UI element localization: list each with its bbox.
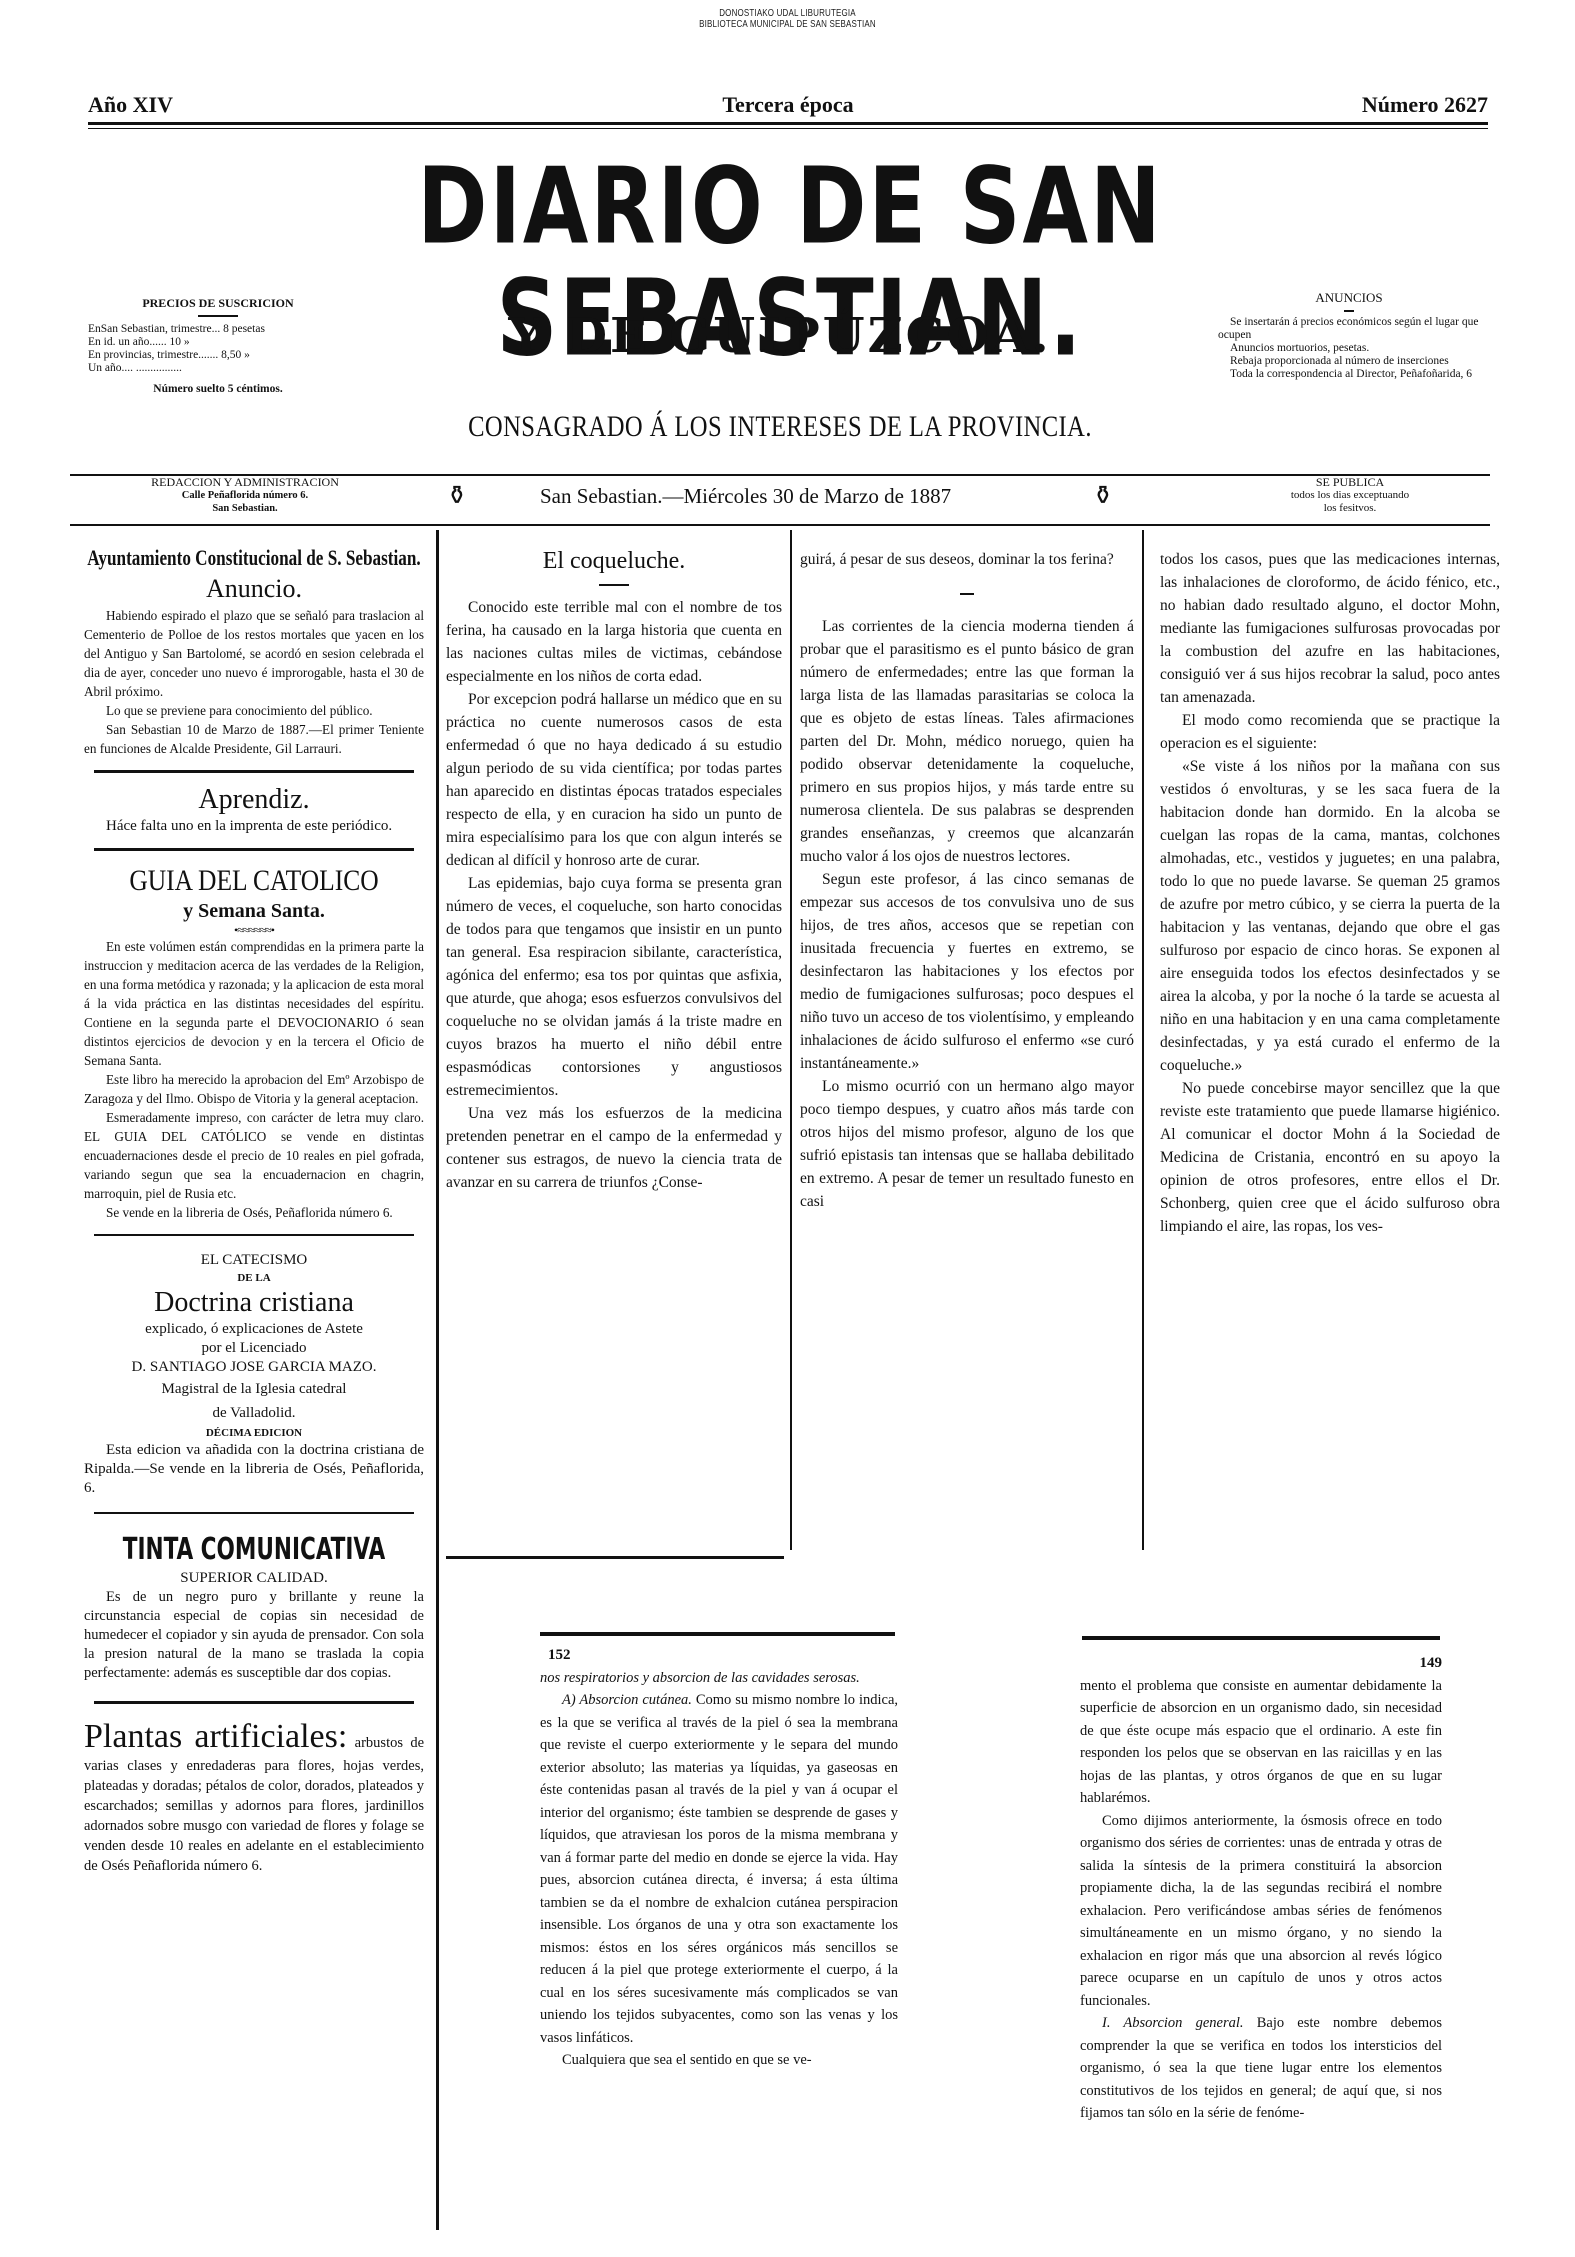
subscription-box: PRECIOS DE SUSCRICION EnSan Sebastian, t… bbox=[88, 296, 348, 396]
plantas-text: arbustos de varias clases y enredaderas … bbox=[84, 1735, 424, 1874]
ads-line: Anuncios mortuorios, pesetas. bbox=[1218, 342, 1480, 355]
divider bbox=[94, 848, 414, 851]
article-paragraph: El modo como recomienda que se practique… bbox=[1160, 709, 1500, 755]
divider bbox=[198, 315, 238, 317]
divider bbox=[599, 584, 629, 586]
plantas-heading: Plantas artificiales: bbox=[84, 1718, 347, 1755]
folletin-paragraph: I. Absorcion general. Bajo este nombre d… bbox=[1080, 2012, 1442, 2125]
office-title: REDACCION Y ADMINISTRACION bbox=[100, 476, 390, 489]
divider bbox=[94, 770, 414, 773]
catecismo-line: DE LA bbox=[84, 1270, 424, 1286]
folletin-page-number: 149 bbox=[1080, 1652, 1442, 1675]
issue-info-bar: Año XIV Tercera época Número 2627 bbox=[88, 92, 1488, 118]
anuncio-heading: Anuncio. bbox=[84, 572, 424, 606]
ads-line: Se insertarán á precios económicos según… bbox=[1218, 316, 1480, 342]
divider bbox=[94, 1512, 414, 1514]
publish-line1: todos los dias exceptuando bbox=[1220, 489, 1480, 502]
article-column-1: El coqueluche. Conocido este terrible ma… bbox=[446, 544, 782, 1194]
masthead-subtitle: Y DE GUIPÚZCOA. bbox=[380, 308, 1180, 364]
ornament-divider-icon: •≈≈≈≈≈≈• bbox=[84, 923, 424, 937]
article-paragraph: Una vez más los esfuerzos de la medicina… bbox=[446, 1102, 782, 1194]
subscription-heading: PRECIOS DE SUSCRICION bbox=[88, 296, 348, 311]
article-paragraph: guirá, á pesar de sus deseos, dominar la… bbox=[800, 548, 1134, 571]
tinta-subheading: SUPERIOR CALIDAD. bbox=[84, 1568, 424, 1588]
ornament-left-icon: ⚱ bbox=[446, 478, 468, 514]
aprendiz-heading: Aprendiz. bbox=[84, 783, 424, 817]
aprendiz-text: Háce falta uno en la imprenta de este pe… bbox=[84, 817, 424, 836]
folletin-rule bbox=[1082, 1636, 1440, 1640]
plantas-ad: Plantas artificiales: arbustos de varias… bbox=[84, 1718, 424, 1876]
office-city: San Sebastian. bbox=[100, 502, 390, 515]
folletin-section-label: I. Absorcion general. bbox=[1102, 2015, 1244, 2031]
article-paragraph: Las corrientes de la ciencia moderna tie… bbox=[800, 615, 1134, 868]
library-stamp-line1: DONOSTIAKO UDAL LIBURUTEGIA bbox=[158, 8, 1418, 19]
masthead-motto: CONSAGRADO Á LOS INTERESES DE LA PROVINC… bbox=[452, 410, 1108, 444]
publication-info: SE PUBLICA todos los dias exceptuando lo… bbox=[1220, 476, 1480, 515]
publish-title: SE PUBLICA bbox=[1220, 476, 1480, 489]
office-street: Calle Peñaflorida número 6. bbox=[100, 489, 390, 502]
folletin-rule bbox=[540, 1632, 895, 1636]
folletin-page-number: 152 bbox=[548, 1644, 898, 1667]
publish-line2: los fesitvos. bbox=[1220, 502, 1480, 515]
catecismo-line: Magistral de la Iglesia catedral bbox=[84, 1377, 424, 1401]
column-rule bbox=[436, 530, 439, 2230]
ayuntamiento-heading: Ayuntamiento Constitucional de S. Sebast… bbox=[84, 544, 424, 572]
column-rule bbox=[790, 530, 792, 1550]
article-end-rule bbox=[446, 1556, 784, 1559]
ornament-right-icon: ⚱ bbox=[1092, 478, 1114, 514]
office-info: REDACCION Y ADMINISTRACION Calle Peñaflo… bbox=[100, 476, 390, 515]
catecismo-text: Esta edicion va añadida con la doctrina … bbox=[84, 1441, 424, 1498]
guia-heading: GUIA DEL CATOLICO bbox=[110, 863, 399, 899]
article-paragraph: Las epidemias, bajo cuya forma se presen… bbox=[446, 872, 782, 1102]
article-paragraph: Conocido este terrible mal con el nombre… bbox=[446, 596, 782, 688]
top-rule-thin bbox=[88, 128, 1488, 129]
library-stamp: DONOSTIAKO UDAL LIBURUTEGIA BIBLIOTECA M… bbox=[158, 8, 1418, 30]
folletin-paragraph: Cualquiera que sea el sentido en que se … bbox=[540, 2049, 898, 2072]
ads-heading: ANUNCIOS bbox=[1218, 290, 1480, 306]
subscription-line: En provincias, trimestre....... 8,50 » bbox=[88, 349, 348, 362]
doctrina-heading: Doctrina cristiana bbox=[84, 1286, 424, 1320]
catecismo-edition: DÉCIMA EDICION bbox=[84, 1425, 424, 1441]
subscription-line: Un año.... ................ bbox=[88, 362, 348, 375]
folletin-paragraph: A) Absorcion cutánea. Como su mismo nomb… bbox=[540, 1689, 898, 2049]
dateline-rule-bottom bbox=[70, 524, 1490, 526]
divider bbox=[1344, 310, 1354, 312]
article-title: El coqueluche. bbox=[446, 544, 782, 578]
ads-box: ANUNCIOS Se insertarán á precios económi… bbox=[1218, 290, 1480, 381]
ayuntamiento-paragraph: Habiendo espirado el plazo que se señaló… bbox=[84, 606, 424, 701]
article-paragraph: Por excepcion podrá hallarse un médico q… bbox=[446, 688, 782, 872]
article-column-3: todos los casos, pues que las medicacion… bbox=[1160, 548, 1500, 1238]
ayuntamiento-paragraph: Lo que se previene para conocimiento del… bbox=[84, 701, 424, 720]
tinta-text: Es de un negro puro y brillante y reune … bbox=[84, 1588, 424, 1683]
guia-paragraph: Se vende en la libreria de Osés, Peñaflo… bbox=[84, 1203, 424, 1222]
subscription-line: EnSan Sebastian, trimestre... 8 pesetas bbox=[88, 323, 348, 336]
library-stamp-line2: BIBLIOTECA MUNICIPAL DE SAN SEBASTIAN bbox=[158, 19, 1418, 30]
guia-paragraph: Esmeradamente impreso, con carácter de l… bbox=[84, 1108, 424, 1203]
article-paragraph: Segun este profesor, á las cinco semanas… bbox=[800, 868, 1134, 1075]
catecismo-line: por el Licenciado bbox=[84, 1339, 424, 1358]
guia-subheading: y Semana Santa. bbox=[84, 899, 424, 923]
divider bbox=[94, 1234, 414, 1236]
catecismo-line: de Valladolid. bbox=[84, 1401, 424, 1425]
dateline-date: San Sebastian.—Miércoles 30 de Marzo de … bbox=[540, 484, 951, 509]
article-column-2: guirá, á pesar de sus deseos, dominar la… bbox=[800, 548, 1134, 1213]
top-rule bbox=[88, 122, 1488, 125]
folletin-left-page: 152 nos respiratorios y absorcion de las… bbox=[540, 1644, 898, 2072]
column-rule bbox=[1142, 530, 1144, 1550]
folletin-text: Como su mismo nombre lo indica, es la qu… bbox=[540, 1692, 898, 2046]
folletin-paragraph: Como dijimos anteriormente, la ósmosis o… bbox=[1080, 1810, 1442, 2013]
ayuntamiento-paragraph: San Sebastian 10 de Marzo de 1887.—El pr… bbox=[84, 720, 424, 758]
folletin-right-page: 149 mento el problema que consiste en au… bbox=[1080, 1652, 1442, 2125]
folletin-paragraph: nos respiratorios y absorcion de las cav… bbox=[540, 1667, 898, 1690]
folletin-paragraph: mento el problema que consiste en aument… bbox=[1080, 1675, 1442, 1810]
divider bbox=[960, 593, 974, 595]
catecismo-line: EL CATECISMO bbox=[84, 1250, 424, 1270]
divider bbox=[94, 1701, 414, 1704]
subscription-line: En id. un año...... 10 » bbox=[88, 336, 348, 349]
article-paragraph: No puede concebirse mayor sencillez que … bbox=[1160, 1077, 1500, 1238]
left-ads-column: Ayuntamiento Constitucional de S. Sebast… bbox=[84, 544, 424, 1876]
guia-paragraph: En este volúmen están comprendidas en la… bbox=[84, 937, 424, 1070]
catecismo-author: D. SANTIAGO JOSE GARCIA MAZO. bbox=[84, 1358, 424, 1377]
ads-line: Rebaja proporcionada al número de inserc… bbox=[1218, 355, 1480, 368]
single-issue-price: Número suelto 5 céntimos. bbox=[88, 383, 348, 396]
article-paragraph: Lo mismo ocurrió con un hermano algo may… bbox=[800, 1075, 1134, 1213]
article-paragraph: todos los casos, pues que las medicacion… bbox=[1160, 548, 1500, 709]
folletin-section-label: A) Absorcion cutánea. bbox=[562, 1692, 692, 1708]
article-paragraph: «Se viste á los niños por la mañana con … bbox=[1160, 755, 1500, 1077]
issue-number: Número 2627 bbox=[1362, 92, 1488, 118]
catecismo-line: explicado, ó explicaciones de Astete bbox=[84, 1320, 424, 1339]
epoch-label: Tercera época bbox=[88, 92, 1488, 118]
ads-line: Toda la correspondencia al Director, Peñ… bbox=[1218, 368, 1480, 381]
tinta-heading: TINTA COMUNICATIVA bbox=[118, 1532, 390, 1568]
guia-paragraph: Este libro ha merecido la aprobacion del… bbox=[84, 1070, 424, 1108]
